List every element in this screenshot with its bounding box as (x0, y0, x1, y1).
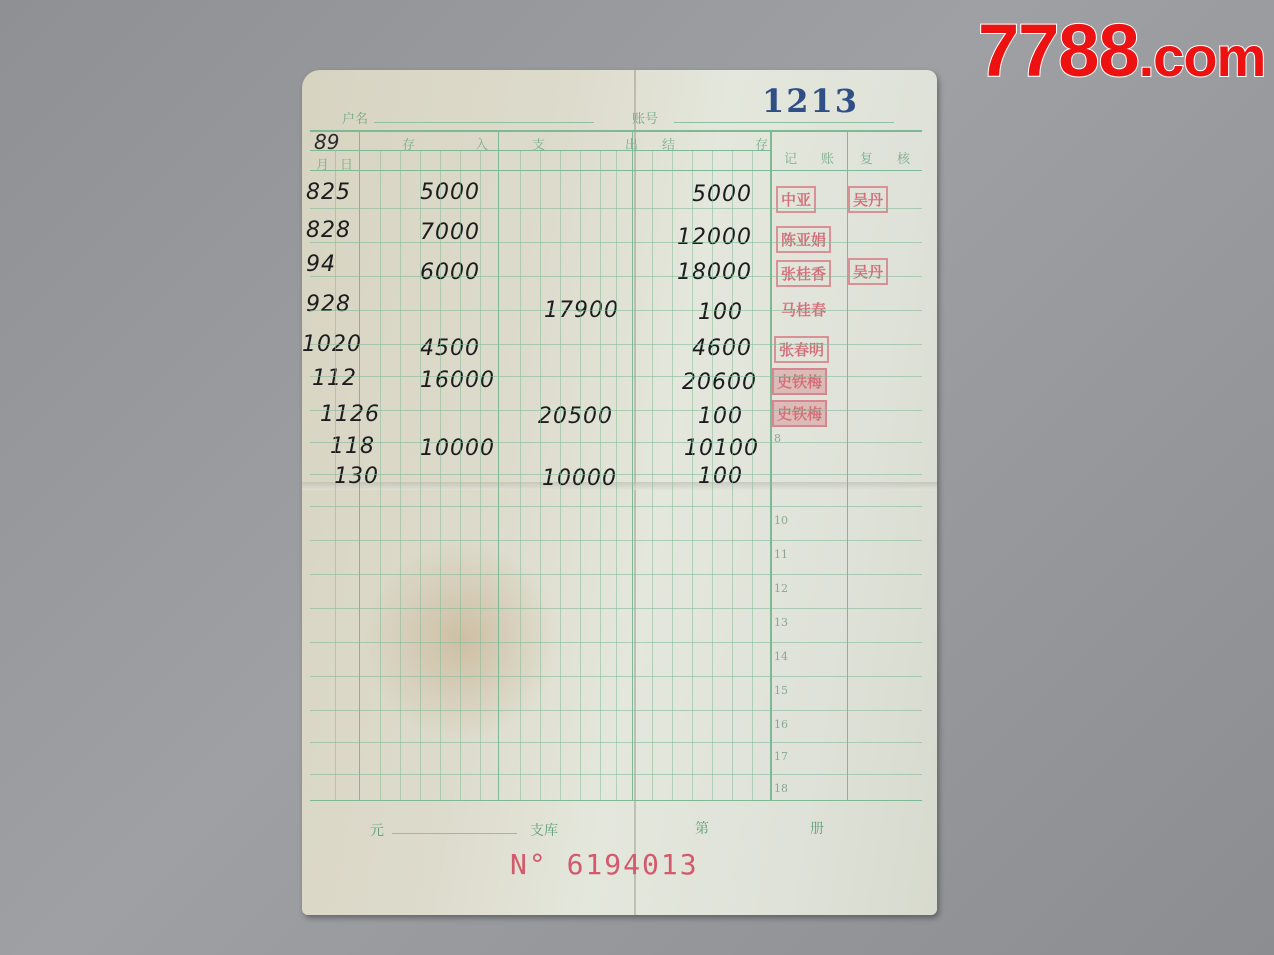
grid-digit-line (616, 150, 617, 800)
entry-date: 825 (306, 180, 351, 205)
grid-digit-line (335, 150, 336, 800)
name-line (374, 122, 594, 123)
recorder-stamp: 史铁梅 (772, 368, 827, 395)
footer-branch-label: 支库 (530, 820, 558, 840)
grid-top (310, 130, 922, 132)
entry-balance: 100 (698, 464, 743, 489)
grid-digit-line (732, 150, 733, 800)
row-number: 13 (774, 616, 788, 629)
entry-balance: 18000 (677, 260, 752, 285)
entry-balance: 10100 (684, 436, 759, 461)
col-checker: 复核 (860, 148, 934, 167)
grid-bottom (310, 800, 922, 801)
grid-digit-line (752, 150, 753, 800)
account-number: 1213 (762, 82, 859, 120)
entry-date: 928 (306, 292, 351, 317)
serial-prefix: N° (510, 848, 548, 881)
grid-digit-line (692, 150, 693, 800)
entry-balance: 4600 (692, 336, 752, 361)
entry-deposit: 6000 (420, 260, 480, 285)
checker-stamp: 吴丹 (848, 258, 888, 285)
row-number: 15 (774, 684, 788, 697)
entry-deposit: 5000 (420, 180, 480, 205)
grid-digit-line (460, 150, 461, 800)
footer-yuan-label: 元 (370, 820, 384, 840)
entry-balance: 5000 (692, 182, 752, 207)
account-line (674, 122, 894, 123)
entry-date: 1126 (320, 402, 380, 427)
col-recorder: 记账 (784, 148, 858, 167)
row-number: 16 (774, 718, 788, 731)
entry-balance: 20600 (682, 370, 757, 395)
grid-digit-line (420, 150, 421, 800)
grid-digit-line (400, 150, 401, 800)
serial-number: N° 6194013 (510, 848, 699, 881)
recorder-stamp: 张桂香 (776, 260, 831, 287)
grid-digit-line (672, 150, 673, 800)
row-number: 18 (774, 782, 788, 795)
grid-digit-line (440, 150, 441, 800)
grid-digit-line (480, 150, 481, 800)
serial-value: 6194013 (567, 848, 699, 881)
grid-digit-line (520, 150, 521, 800)
watermark-suffix: .com (1139, 25, 1266, 88)
watermark-number: 7788 (978, 9, 1139, 92)
entry-deposit: 16000 (420, 368, 495, 393)
recorder-stamp: 史铁梅 (772, 400, 827, 427)
entry-deposit: 4500 (420, 336, 480, 361)
col-day: 日 (340, 154, 353, 173)
name-label: 户名 (342, 108, 368, 127)
entry-date: 828 (306, 218, 351, 243)
site-watermark: 7788.com (978, 8, 1265, 93)
entry-deposit: 10000 (420, 436, 495, 461)
recorder-stamp: 张春明 (774, 336, 829, 363)
footer-volume-suffix: 册 (810, 818, 824, 838)
entry-date: 94 (306, 252, 336, 277)
entry-balance: 100 (698, 300, 743, 325)
row-number: 12 (774, 582, 788, 595)
ledger-page: 户名 账号 1213 月 日 存入 支出 结存 记账 复核 89 825 500… (302, 70, 937, 915)
grid-digit-line (540, 150, 541, 800)
row-number: 8 (774, 432, 781, 445)
horizontal-fold (302, 482, 937, 490)
row-number: 10 (774, 514, 788, 527)
entry-balance: 100 (698, 404, 743, 429)
entry-balance: 12000 (677, 225, 752, 250)
footer-volume-prefix: 第 (695, 818, 709, 838)
col-deposit: 存入 (402, 134, 548, 153)
entry-date: 118 (330, 434, 375, 459)
grid-vline (498, 130, 499, 800)
grid-digit-line (652, 150, 653, 800)
col-month: 月 (316, 154, 329, 173)
grid-digit-line (600, 150, 601, 800)
vertical-fold (634, 70, 636, 915)
row-number: 14 (774, 650, 788, 663)
grid-digit-line (560, 150, 561, 800)
grid-vline (847, 130, 848, 800)
entry-withdrawal: 20500 (538, 404, 613, 429)
grid-digit-line (712, 150, 713, 800)
grid-vline (770, 130, 772, 800)
grid-digit-line (580, 150, 581, 800)
account-label: 账号 (632, 108, 658, 127)
entry-date: 130 (334, 464, 379, 489)
row-number: 11 (774, 548, 788, 561)
grid-vline (632, 130, 633, 800)
grid-digit-line (380, 150, 381, 800)
footer-line (392, 833, 517, 834)
row-number: 17 (774, 750, 788, 763)
recorder-stamp: 陈亚娟 (776, 226, 831, 253)
